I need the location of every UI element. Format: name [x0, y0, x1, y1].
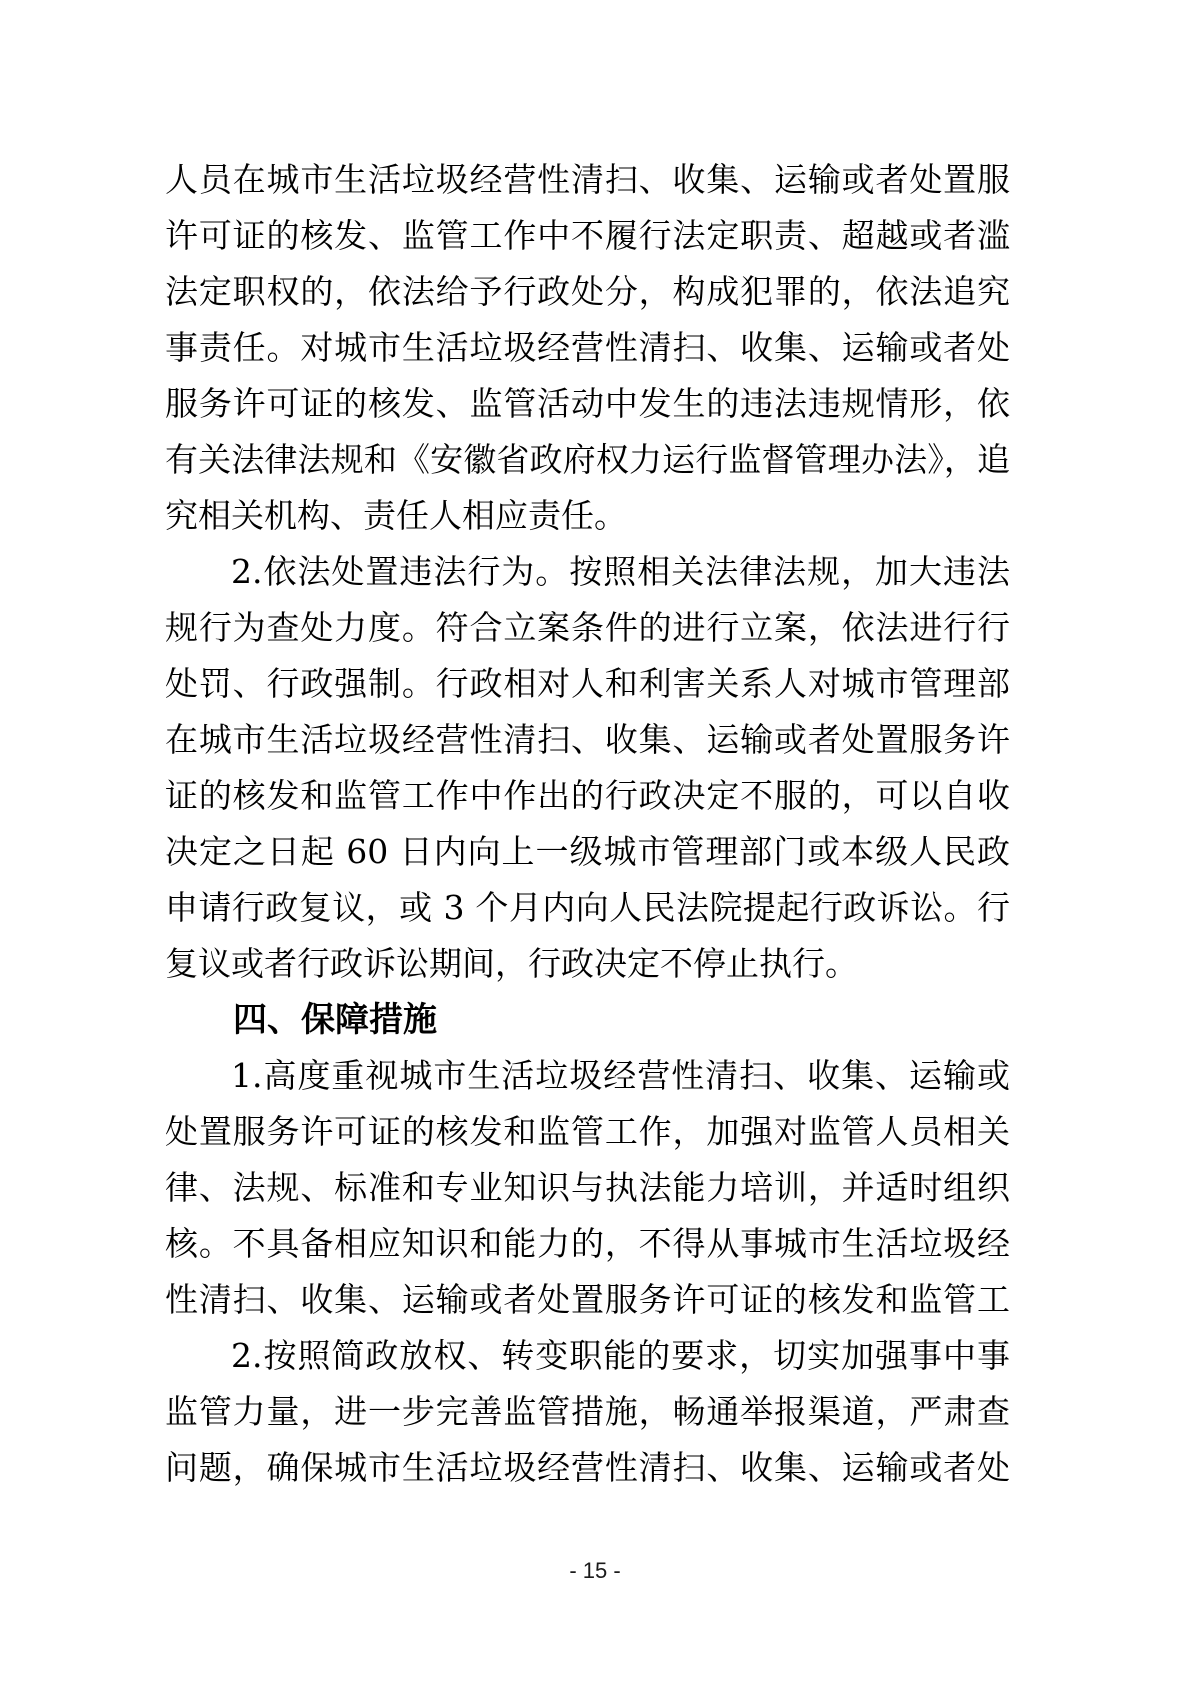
section-heading: 四、保障措施 [165, 992, 1010, 1048]
body-line: 规行为查处力度。符合立案条件的进行立案，依法进行行政 [165, 600, 1010, 656]
body-line: 许可证的核发、监管工作中不履行法定职责、超越或者滥用 [165, 208, 1010, 264]
document-page: 人员在城市生活垃圾经营性清扫、收集、运输或者处置服务 许可证的核发、监管工作中不… [0, 0, 1190, 1683]
body-line: 有关法律法规和《安徽省政府权力运行监督管理办法》，追 [165, 432, 1010, 488]
body-line: 在城市生活垃圾经营性清扫、收集、运输或者处置服务许可 [165, 712, 1010, 768]
body-line: 监管力量，进一步完善监管措施，畅通举报渠道，严肃查处 [165, 1384, 1010, 1440]
body-line: 究相关机构、责任人相应责任。 [165, 488, 1010, 544]
body-line: 律、法规、标准和专业知识与执法能力培训，并适时组织考 [165, 1160, 1010, 1216]
body-line: 2.依法处置违法行为。按照相关法律法规，加大违法违 [165, 544, 1010, 600]
body-line: 证的核发和监管工作中作出的行政决定不服的，可以自收到 [165, 768, 1010, 824]
body-text-block: 人员在城市生活垃圾经营性清扫、收集、运输或者处置服务 许可证的核发、监管工作中不… [165, 152, 1010, 1496]
body-line: 法定职权的，依法给予行政处分，构成犯罪的，依法追究刑 [165, 264, 1010, 320]
body-line: 申请行政复议，或 3 个月内向人民法院提起行政诉讼。行政 [165, 880, 1010, 936]
body-line: 性清扫、收集、运输或者处置服务许可证的核发和监管工作。 [165, 1272, 1010, 1328]
body-line: 决定之日起 60 日内向上一级城市管理部门或本级人民政府 [165, 824, 1010, 880]
body-line: 服务许可证的核发、监管活动中发生的违法违规情形，依据 [165, 376, 1010, 432]
body-line: 1.高度重视城市生活垃圾经营性清扫、收集、运输或者 [165, 1048, 1010, 1104]
page-number: - 15 - [0, 1558, 1190, 1584]
body-line: 事责任。对城市生活垃圾经营性清扫、收集、运输或者处置 [165, 320, 1010, 376]
body-line: 处置服务许可证的核发和监管工作，加强对监管人员相关法 [165, 1104, 1010, 1160]
body-line: 问题，确保城市生活垃圾经营性清扫、收集、运输或者处置 [165, 1440, 1010, 1496]
body-line: 2.按照简政放权、转变职能的要求，切实加强事中事后 [165, 1328, 1010, 1384]
body-line: 人员在城市生活垃圾经营性清扫、收集、运输或者处置服务 [165, 152, 1010, 208]
body-line: 处罚、行政强制。行政相对人和利害关系人对城市管理部门 [165, 656, 1010, 712]
body-line: 核。不具备相应知识和能力的，不得从事城市生活垃圾经营 [165, 1216, 1010, 1272]
body-line: 复议或者行政诉讼期间，行政决定不停止执行。 [165, 936, 1010, 992]
